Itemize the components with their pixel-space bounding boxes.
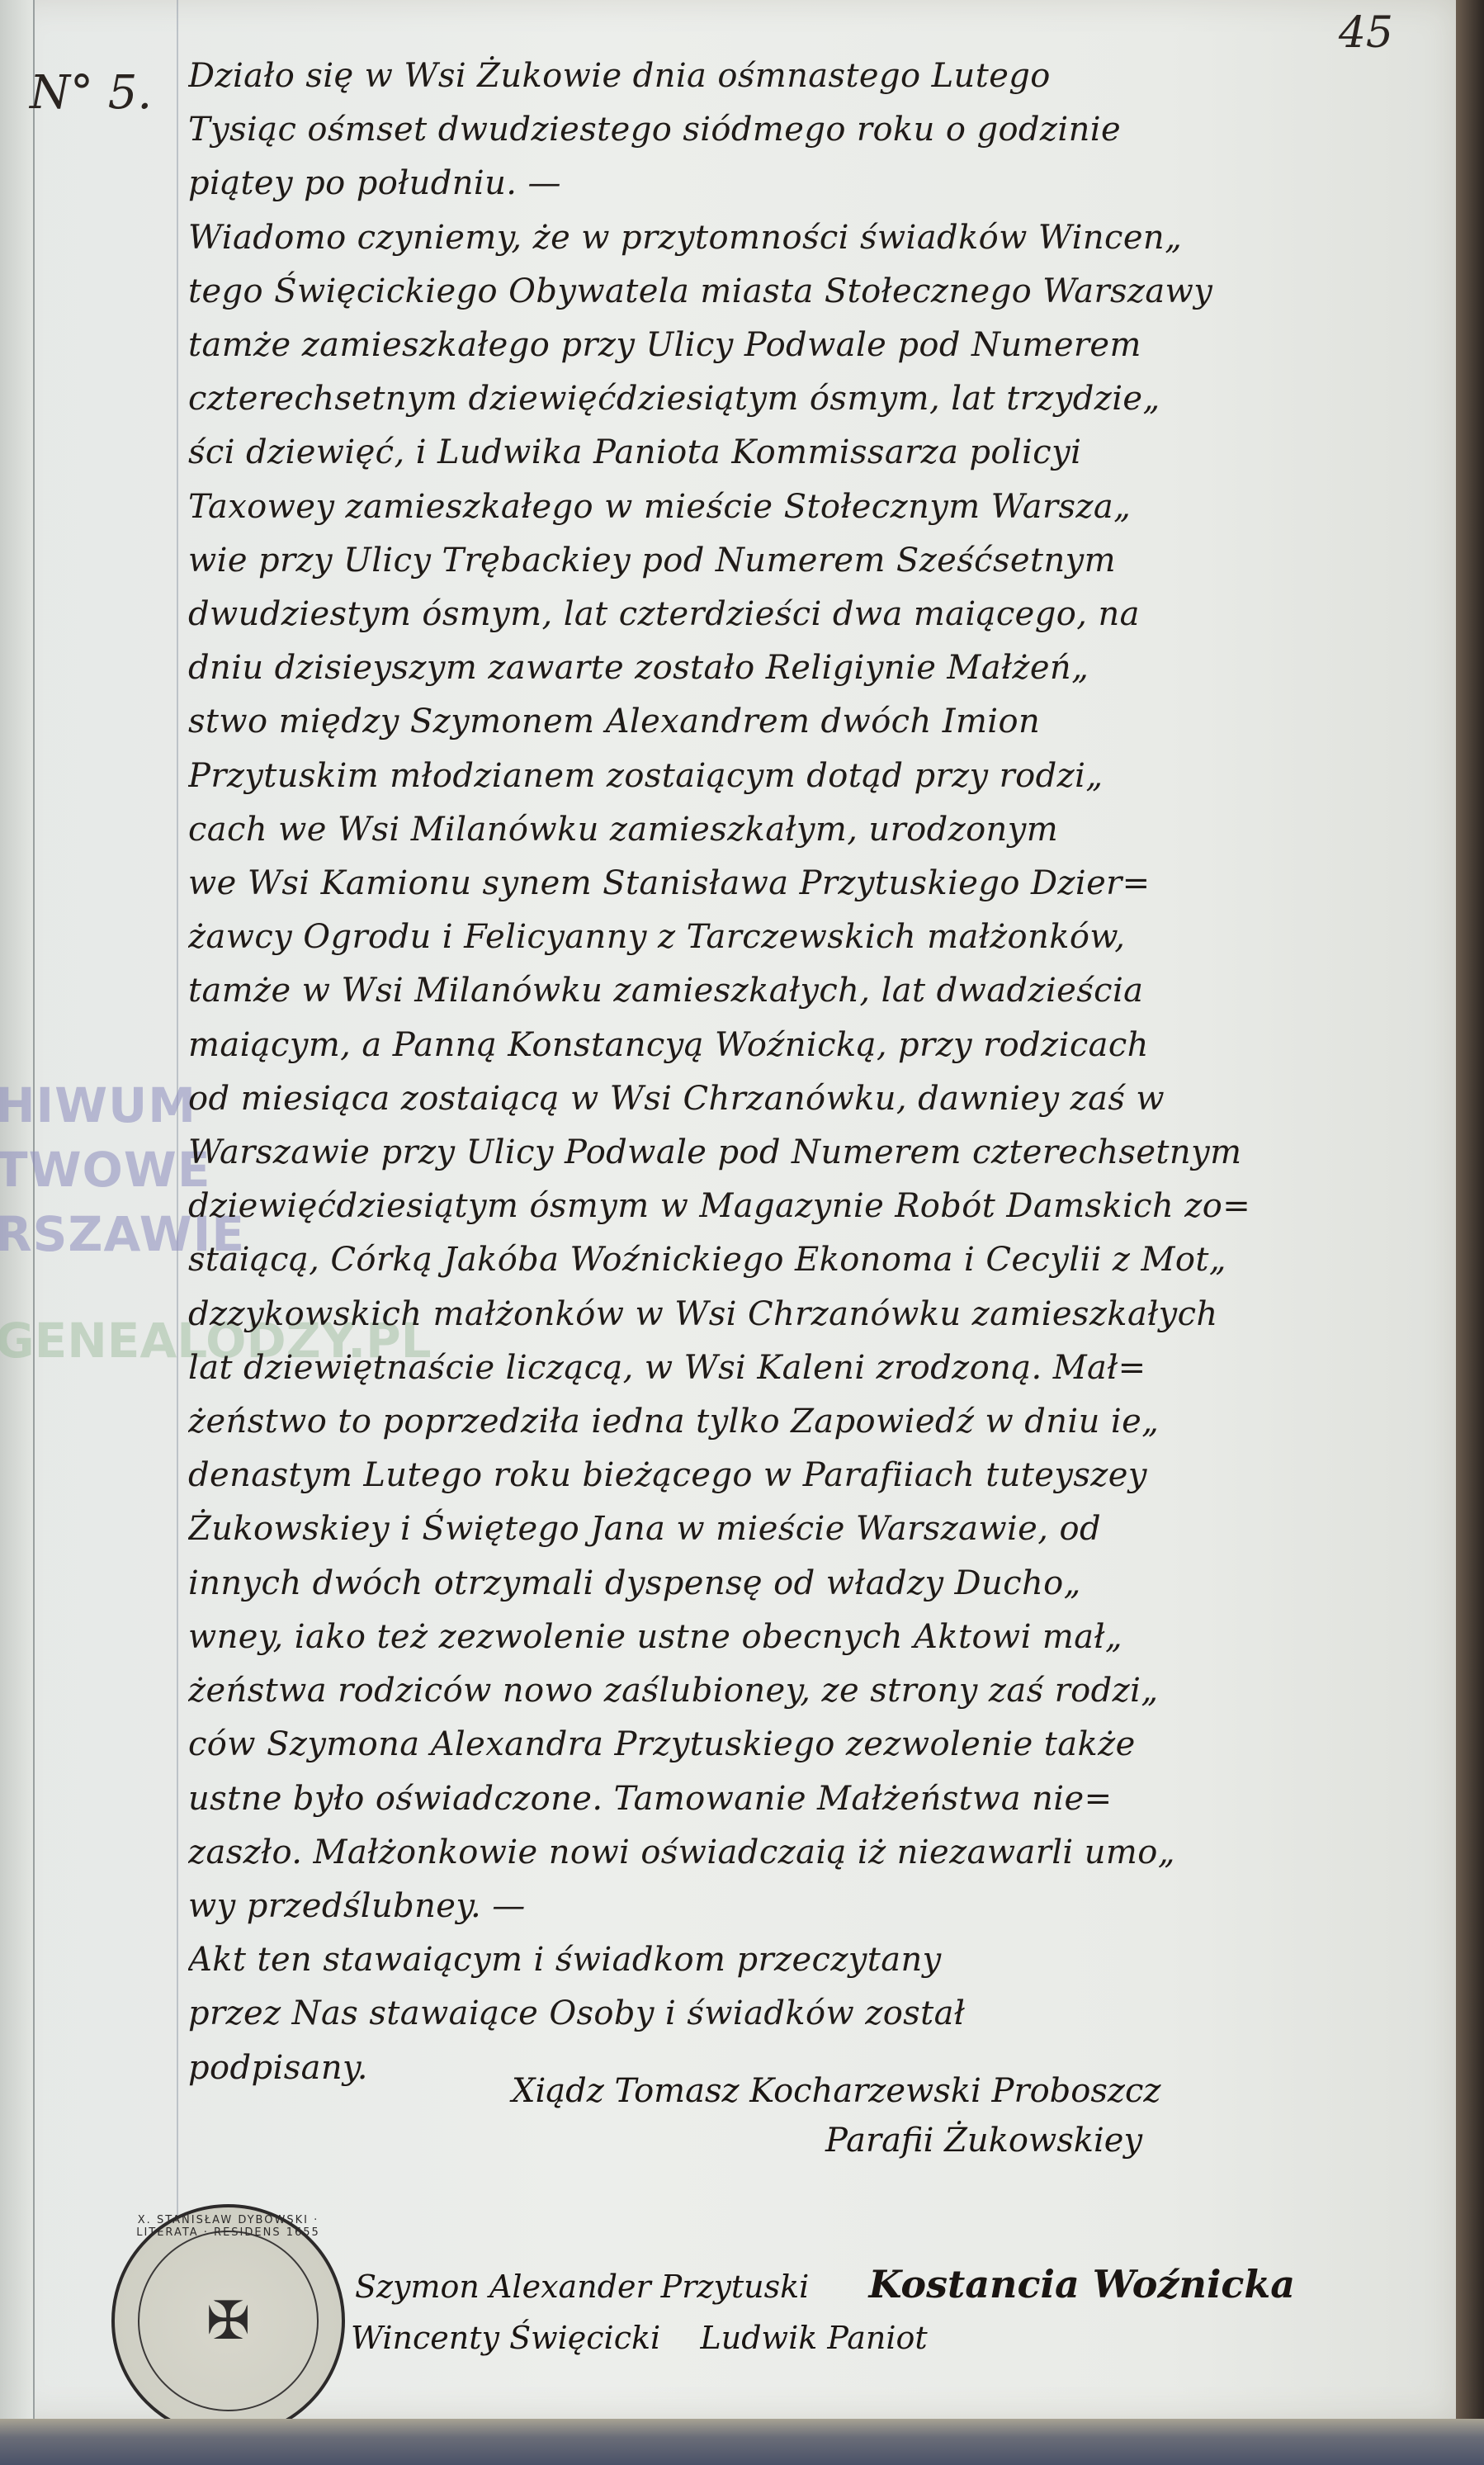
record-line: żeństwa rodziców nowo zaślubioney, ze st… xyxy=(188,1664,1426,1718)
record-line: Tysiąc ośmset dwudziestego siódmego roku… xyxy=(188,103,1426,157)
record-line: staiącą, Córką Jakóba Woźnickiego Ekonom… xyxy=(188,1233,1426,1287)
record-line: maiącym, a Panną Konstancyą Woźnicką, pr… xyxy=(188,1019,1426,1072)
record-line: dwudziestym ósmym, lat czterdzieści dwa … xyxy=(188,588,1426,641)
record-line: wie przy Ulicy Trębackiey pod Numerem Sz… xyxy=(188,534,1426,588)
record-line: innych dwóch otrzymali dyspensę od władz… xyxy=(188,1557,1426,1611)
record-line: lat dziewiętnaście liczącą, w Wsi Kaleni… xyxy=(188,1341,1426,1395)
record-line: we Wsi Kamionu synem Stanisława Przytusk… xyxy=(188,857,1426,911)
record-line: denastym Lutego roku bieżącego w Parafii… xyxy=(188,1449,1426,1502)
witnesses-signatures: Wincenty Święcicki Ludwik Paniot xyxy=(351,2320,928,2356)
record-line: tamże w Wsi Milanówku zamieszkałych, lat… xyxy=(188,964,1426,1018)
parish-seal: X. STANISŁAW DYBOWSKI · LITERATA · RESID… xyxy=(111,2204,345,2438)
watermark-line: TWOWE xyxy=(0,1142,210,1198)
book-spine xyxy=(1456,0,1484,2465)
record-line: Żukowskiey i Świętego Jana w mieście War… xyxy=(188,1502,1426,1556)
record-line: cach we Wsi Milanówku zamieszkałym, urod… xyxy=(188,803,1426,857)
record-line: żawcy Ogrodu i Felicyanny z Tarczewskich… xyxy=(188,911,1426,964)
record-line: ustne było oświadczone. Tamowanie Małżeń… xyxy=(188,1772,1426,1826)
record-line: przez Nas stawaiące Osoby i świadków zos… xyxy=(188,1987,1426,2041)
record-line: czterechsetnym dziewięćdziesiątym ósmym,… xyxy=(188,372,1426,426)
priest-signature: Xiądz Tomasz Kocharzewski Proboszcz xyxy=(512,2072,1160,2110)
watermark-line: HIWUM xyxy=(0,1077,196,1133)
record-body: Działo się w Wsi Żukowie dnia ośmnastego… xyxy=(188,50,1426,2095)
seal-coat-of-arms: ✠ xyxy=(138,2231,319,2411)
record-line: wy przedślubney. — xyxy=(188,1880,1426,1933)
bride-signature: Kostancia Woźnicka xyxy=(868,2262,1295,2307)
record-line: tamże zamieszkałego przy Ulicy Podwale p… xyxy=(188,319,1426,372)
seal-ring-text: X. STANISŁAW DYBOWSKI · LITERATA · RESID… xyxy=(115,2214,342,2239)
record-line: stwo między Szymonem Alexandrem dwóch Im… xyxy=(188,695,1426,749)
record-line: Akt ten stawaiącym i świadkom przeczytan… xyxy=(188,1933,1426,1987)
spouses-signatures: Szymon Alexander Przytuski Kostancia Woź… xyxy=(355,2262,1295,2307)
record-line: dzzykowskich małżonków w Wsi Chrzanówku … xyxy=(188,1288,1426,1341)
record-line: Warszawie przy Ulicy Podwale pod Numerem… xyxy=(188,1126,1426,1180)
cross-icon: ✠ xyxy=(206,2295,251,2348)
groom-signature: Szymon Alexander Przytuski xyxy=(355,2269,809,2305)
record-line: Taxowey zamieszkałego w mieście Stołeczn… xyxy=(188,480,1426,534)
record-line: wney, iako też zezwolenie ustne obecnych… xyxy=(188,1611,1426,1664)
record-line: dniu dzisieyszym zawarte zostało Religiy… xyxy=(188,641,1426,695)
record-line: Przytuskim młodzianem zostaiącym dotąd p… xyxy=(188,750,1426,803)
record-line: ców Szymona Alexandra Przytuskiego zezwo… xyxy=(188,1718,1426,1772)
book-bottom-edge xyxy=(0,2419,1484,2465)
record-line: zaszło. Małżonkowie nowi oświadczaią iż … xyxy=(188,1826,1426,1880)
record-line: Wiadomo czyniemy, że w przytomności świa… xyxy=(188,211,1426,265)
record-line: żeństwo to poprzedziła iedna tylko Zapow… xyxy=(188,1395,1426,1449)
record-line: tego Święcickiego Obywatela miasta Stołe… xyxy=(188,265,1426,319)
parish-signature: Parafii Żukowskiey xyxy=(825,2122,1142,2160)
record-line: od miesiąca zostaiącą w Wsi Chrzanówku, … xyxy=(188,1072,1426,1126)
record-line: dziewięćdziesiątym ósmym w Magazynie Rob… xyxy=(188,1180,1426,1233)
record-line: ści dziewięć, i Ludwika Paniota Kommissa… xyxy=(188,426,1426,480)
witness-2-signature: Ludwik Paniot xyxy=(701,2320,928,2356)
record-line: piątey po południu. — xyxy=(188,157,1426,211)
entry-number: N° 5. xyxy=(30,66,152,120)
record-line: Działo się w Wsi Żukowie dnia ośmnastego… xyxy=(188,50,1426,103)
witness-1-signature: Wincenty Święcicki xyxy=(351,2320,660,2356)
